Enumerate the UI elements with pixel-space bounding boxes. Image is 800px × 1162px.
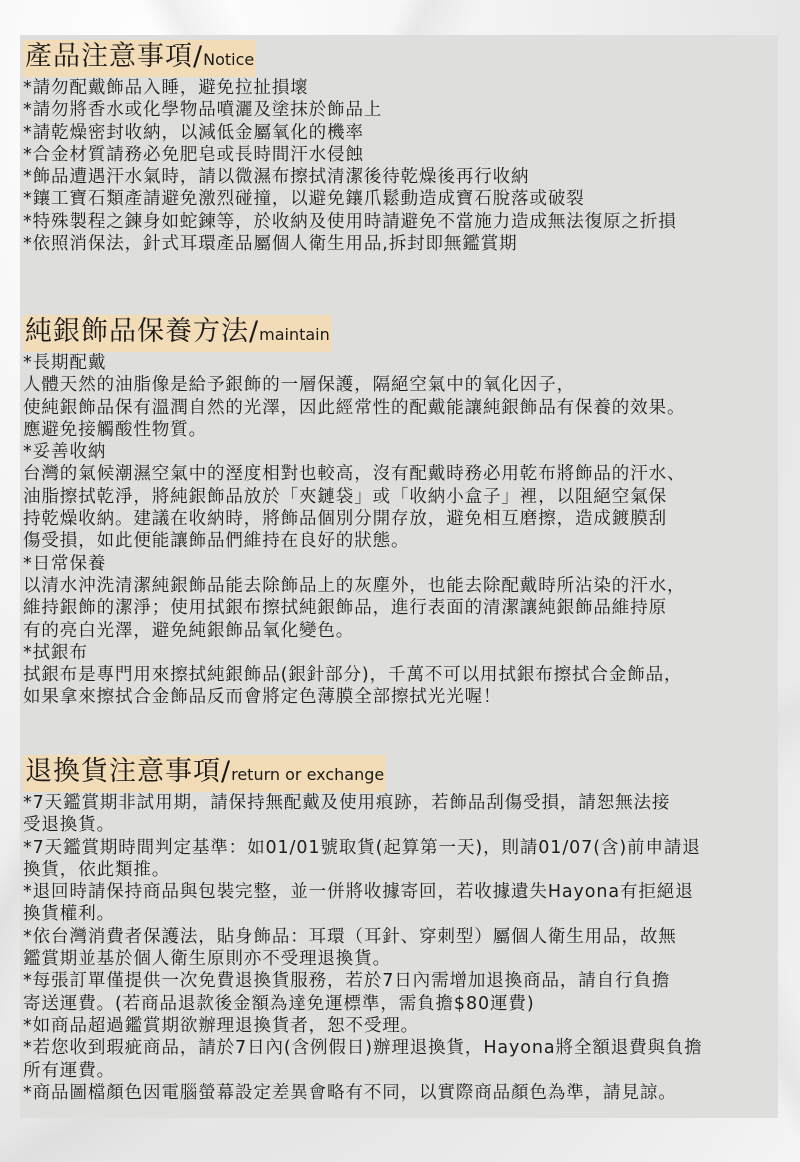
- section-maintain: 純銀飾品保養方法/maintain *長期配戴 人體天然的油脂像是給予銀飾的一層…: [23, 315, 685, 709]
- text-line: 人體天然的油脂像是給予銀飾的一層保護，隔絕空氣中的氧化因子，: [23, 374, 685, 396]
- section-heading: 純銀飾品保養方法/maintain: [23, 315, 332, 352]
- heading-subtitle: Notice: [203, 50, 254, 69]
- text-line: *合金材質請務必免肥皂或長時間汗水侵蝕: [23, 144, 677, 166]
- text-line: 鑑賞期並基於個人衛生原則亦不受理退換貨。: [23, 948, 703, 970]
- heading-subtitle: maintain: [259, 325, 330, 344]
- section-notice: 產品注意事項/Notice *請勿配戴飾品入睡，避免拉扯損壞 *請勿將香水或化學…: [23, 40, 677, 255]
- text-line: 拭銀布是專門用來擦拭純銀飾品(銀針部分)，千萬不可以用拭銀布擦拭合金飾品，: [23, 664, 685, 686]
- text-line: *每張訂單僅提供一次免費退換貨服務，若於7日內需增加退換商品，請自行負擔: [23, 970, 703, 992]
- text-line: *日常保養: [23, 553, 685, 575]
- text-line: *依照消保法，針式耳環產品屬個人衛生用品,拆封即無鑑賞期: [23, 233, 677, 255]
- heading-title: 純銀飾品保養方法/: [25, 316, 259, 347]
- text-line: 如果拿來擦拭合金飾品反而會將定色薄膜全部擦拭光光喔！: [23, 686, 685, 708]
- text-line: *商品圖檔顏色因電腦螢幕設定差異會略有不同，以實際商品顏色為準，請見諒。: [23, 1082, 703, 1104]
- text-line: *長期配戴: [23, 352, 685, 374]
- text-line: *如商品超過鑑賞期欲辦理退換貨者，恕不受理。: [23, 1015, 703, 1037]
- text-line: *依台灣消費者保護法，貼身飾品：耳環（耳針、穿刺型）屬個人衛生用品，故無: [23, 926, 703, 948]
- text-line: 使純銀飾品保有溫潤自然的光澤，因此經常性的配戴能讓純銀飾品有保養的效果。: [23, 397, 685, 419]
- text-line: *飾品遭遇汗水氣時，請以微濕布擦拭清潔後待乾燥後再行收納: [23, 166, 677, 188]
- text-line: 寄送運費。(若商品退款後金額為達免運標準，需負擔$80運費): [23, 993, 703, 1015]
- text-line: *請勿將香水或化學物品噴灑及塗抹於飾品上: [23, 99, 677, 121]
- text-line: *拭銀布: [23, 642, 685, 664]
- section-heading: 退換貨注意事項/return or exchange: [23, 755, 386, 792]
- text-line: 所有運費。: [23, 1060, 703, 1082]
- text-line: 持乾燥收納。建議在收納時，將飾品個別分開存放，避免相互磨擦，造成鍍膜刮: [23, 508, 685, 530]
- text-line: 以清水沖洗清潔純銀飾品能去除飾品上的灰塵外，也能去除配戴時所沾染的汗水，: [23, 575, 685, 597]
- section-return-exchange: 退換貨注意事項/return or exchange *7天鑑賞期非試用期，請保…: [23, 755, 703, 1104]
- heading-title: 產品注意事項/: [25, 41, 203, 72]
- heading-subtitle: return or exchange: [231, 765, 384, 784]
- text-line: *特殊製程之鍊身如蛇鍊等，於收納及使用時請避免不當施力造成無法復原之折損: [23, 211, 677, 233]
- section-heading: 產品注意事項/Notice: [23, 40, 256, 77]
- text-line: *7天鑑賞期非試用期，請保持無配戴及使用痕跡，若飾品刮傷受損，請恕無法接: [23, 792, 703, 814]
- text-line: 受退換貨。: [23, 814, 703, 836]
- text-line: 傷受損，如此便能讓飾品們維持在良好的狀態。: [23, 530, 685, 552]
- text-line: *妥善收納: [23, 441, 685, 463]
- text-line: 換貨，依此類推。: [23, 859, 703, 881]
- text-line: 換貨權利。: [23, 903, 703, 925]
- text-line: 油脂擦拭乾淨，將純銀飾品放於「夾鏈袋」或「收納小盒子」裡，以阻絕空氣保: [23, 486, 685, 508]
- text-line: *鑲工寶石類產請避免激烈碰撞，以避免鑲爪鬆動造成寶石脫落或破裂: [23, 188, 677, 210]
- text-line: 台灣的氣候潮濕空氣中的溼度相對也較高，沒有配戴時務必用乾布將飾品的汗水、: [23, 463, 685, 485]
- text-line: *請乾燥密封收納，以減低金屬氧化的機率: [23, 122, 677, 144]
- text-line: 維持銀飾的潔淨；使用拭銀布擦拭純銀飾品，進行表面的清潔讓純銀飾品維持原: [23, 597, 685, 619]
- text-line: 有的亮白光澤，避免純銀飾品氧化變色。: [23, 620, 685, 642]
- notice-panel: 產品注意事項/Notice *請勿配戴飾品入睡，避免拉扯損壞 *請勿將香水或化學…: [20, 35, 778, 1118]
- text-line: *7天鑑賞期時間判定基準：如01/01號取貨(起算第一天)，則請01/07(含)…: [23, 837, 703, 859]
- text-line: *請勿配戴飾品入睡，避免拉扯損壞: [23, 77, 677, 99]
- heading-title: 退換貨注意事項/: [25, 756, 231, 787]
- text-line: *退回時請保持商品與包裝完整，並一併將收據寄回，若收據遺失Hayona有拒絕退: [23, 881, 703, 903]
- text-line: 應避免接觸酸性物質。: [23, 419, 685, 441]
- text-line: *若您收到瑕疵商品，請於7日內(含例假日)辦理退換貨，Hayona將全額退費與負…: [23, 1037, 703, 1059]
